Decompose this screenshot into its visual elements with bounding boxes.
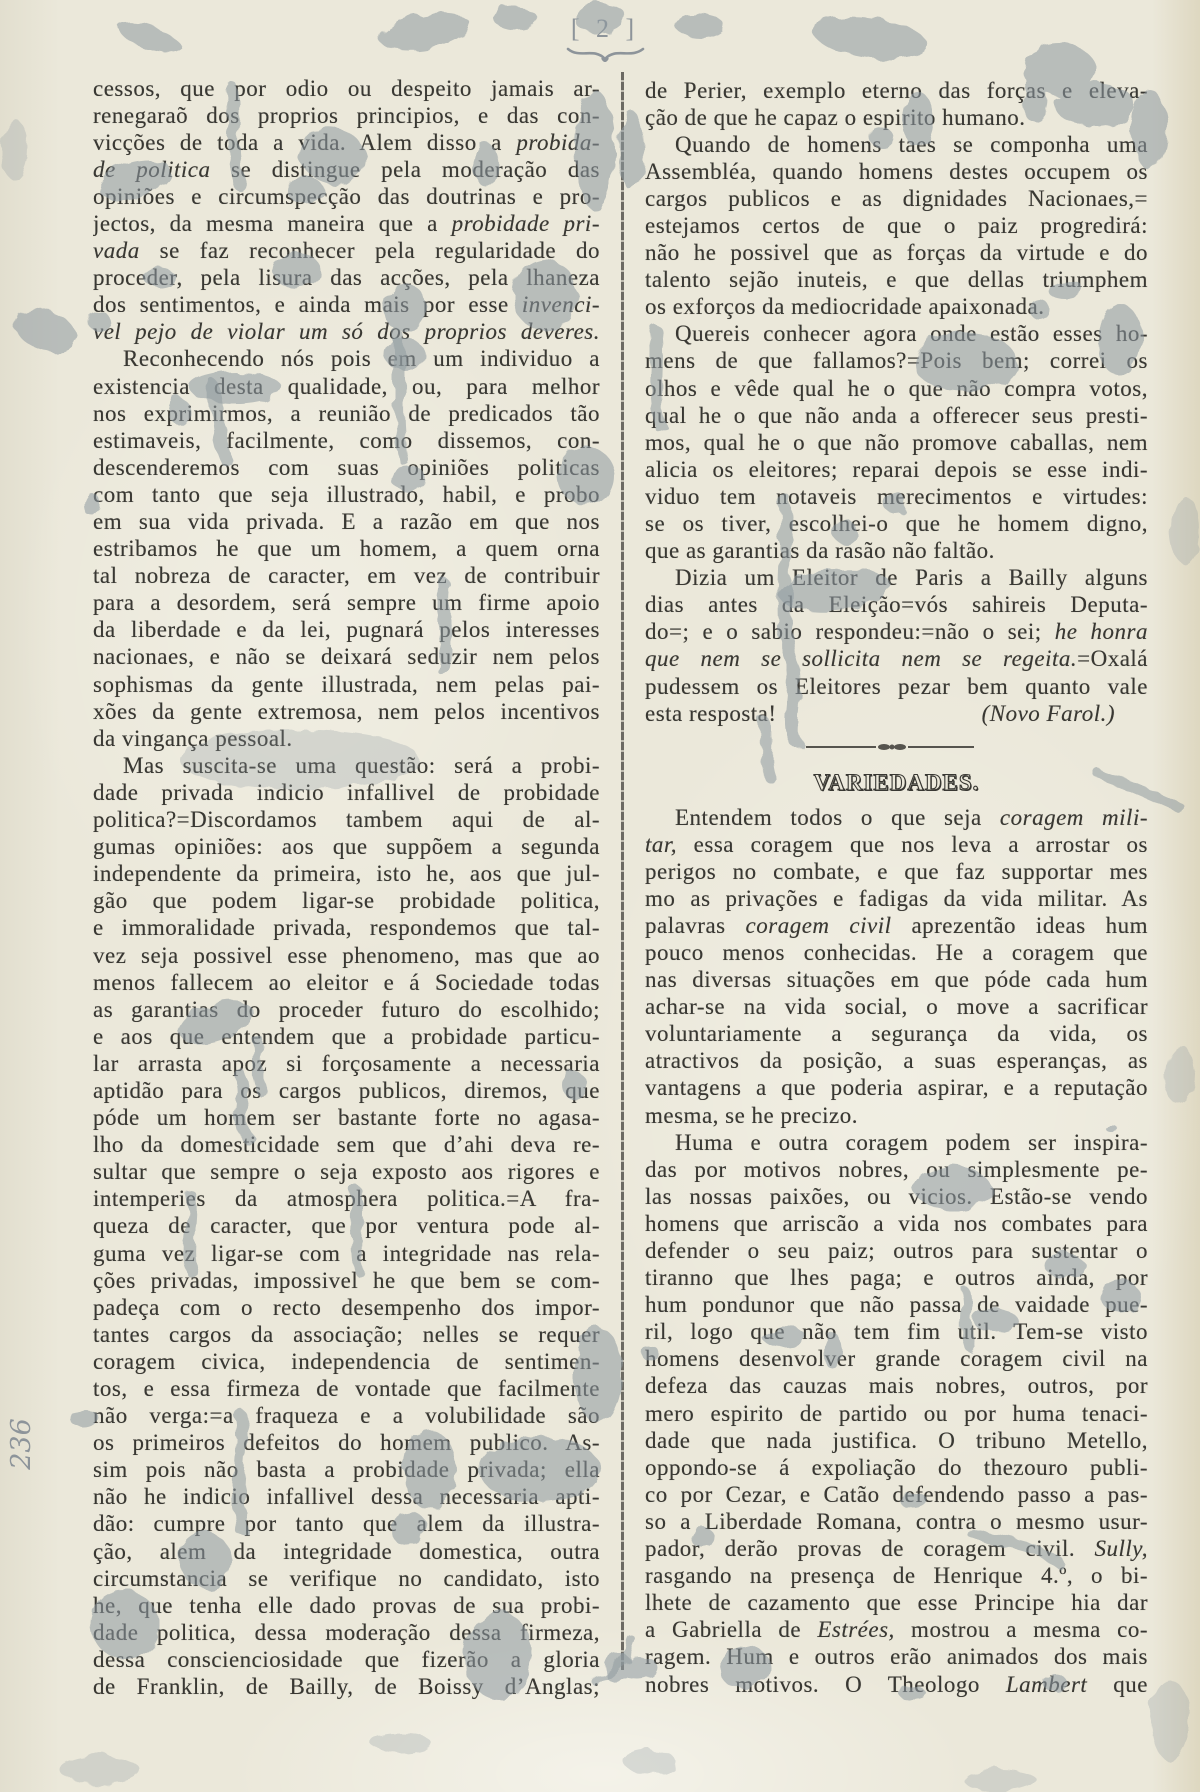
text-line: Quereis conhecer agora onde estão esses … [645, 320, 1148, 347]
text-line: queza de caracter, que por ventura pode … [93, 1212, 600, 1239]
text-run: Quereis conhecer agora onde estão esses … [675, 321, 1148, 346]
text-run: palavras [645, 913, 746, 938]
text-run: lhete de cazamento que esse Principe hia… [645, 1590, 1148, 1615]
text-run: ragem. Hum e outros erão animados dos ma… [645, 1644, 1148, 1669]
section-heading: VARIEDADES. [645, 770, 1148, 796]
text-line: os exforços da mediocridade apaixonada. [645, 293, 1148, 320]
text-run: defender o seu paiz; outros para sustent… [645, 1238, 1148, 1263]
text-run: mesma, se he precizo. [645, 1103, 858, 1128]
text-line: mens de que fallamos?=Pois bem; correi o… [645, 347, 1148, 374]
text-line: que nem se sollicita nem se regeita.=Oxa… [645, 645, 1148, 672]
text-run: esta resposta! [645, 700, 777, 727]
text-run: cessos, que por odio ou despeito jamais … [93, 76, 600, 101]
text-line: jectos, da mesma maneira que a probidade… [93, 210, 600, 237]
text-line: aptidão para os cargos publicos, diremos… [93, 1077, 600, 1104]
text-run: rasgando na presença de Henrique 4.º, o … [645, 1563, 1148, 1588]
text-run: qual he o que não anda a offerecer seus … [645, 403, 1148, 428]
text-line: padeça com o recto desempenho dos impor- [93, 1294, 600, 1321]
text-line: dos sentimentos, e ainda mais por esse i… [93, 291, 600, 318]
text-line: de politica se distingue pela moderação … [93, 156, 600, 183]
text-line: para a desordem, será sempre um firme ap… [93, 589, 600, 616]
text-run: sim pois não basta a probidade privada; … [93, 1457, 600, 1482]
text-run: mens de que fallamos?=Pois bem; correi o… [645, 348, 1148, 373]
italic-text: (Novo Farol.) [982, 700, 1115, 727]
text-run: menos fallecem ao eleitor e á Sociedade … [93, 970, 600, 995]
text-line: sim pois não basta a probidade privada; … [93, 1456, 600, 1483]
text-run: pouco menos conhecidas. He a coragem que [645, 940, 1148, 965]
text-run: proceder, pela lisura das acções, pela l… [93, 265, 600, 290]
text-run: Assembléa, quando homens destes occupem … [645, 159, 1148, 184]
text-run: estejamos certos de que o paiz progredir… [645, 213, 1148, 238]
text-line: achar-se na vida social, o move a sacrif… [645, 993, 1148, 1020]
text-line: vada se faz reconhecer pela regularidade… [93, 237, 600, 264]
text-line: voluntariamente a segurança da vida, os [645, 1020, 1148, 1047]
text-line: dão: cumpre por tanto que alem da illust… [93, 1510, 600, 1537]
italic-text: invenci- [522, 292, 600, 317]
text-line: olhos e vêde qual he o que não compra vo… [645, 375, 1148, 402]
text-run: opiniões e circumspecção das doutrinas e… [93, 184, 600, 209]
text-run: sultar que sempre o seja exposto aos rig… [93, 1159, 600, 1184]
text-line: mos, qual he o que não promove caballas,… [645, 429, 1148, 456]
text-line: menos fallecem ao eleitor e á Sociedade … [93, 969, 600, 996]
text-run: e immoralidade privada, respondemos que … [93, 915, 600, 940]
text-line: so a Liberdade Romana, contra o mesmo us… [645, 1508, 1148, 1535]
text-line: homens desenvolver grande coragem civil … [645, 1345, 1148, 1372]
text-run: defeza das cauzas mais nobres, outros, p… [645, 1373, 1148, 1398]
text-run: vantagens a que poderia aspirar, e a rep… [645, 1075, 1148, 1100]
text-line: politica?=Discordamos tambem aqui de al- [93, 806, 600, 833]
text-run: estribamos he que um homem, a quem orna [93, 536, 600, 561]
text-line: existencia desta qualidade, ou, para mel… [93, 373, 600, 400]
text-line: xões da gente extremosa, nem pelos incen… [93, 698, 600, 725]
text-line: rasgando na presença de Henrique 4.º, o … [645, 1562, 1148, 1589]
text-line: dade politica, dessa moderação dessa fir… [93, 1619, 600, 1646]
text-line: cargos publicos e as dignidades Nacionae… [645, 185, 1148, 212]
italic-text: coragem civil [746, 913, 892, 938]
margin-annotation: 236 [6, 1416, 38, 1472]
text-line: dias antes da Eleição=vós sahireis Deput… [645, 591, 1148, 618]
text-line: de Perier, exemplo eterno das forças e e… [645, 77, 1148, 104]
text-run: viduo tem notaveis merecimentos e virtud… [645, 484, 1148, 509]
section-divider-ornament-icon [806, 740, 974, 754]
text-line: co por Cezar, e Catão defendendo passo a… [645, 1481, 1148, 1508]
text-run: e aos que entendem que a probidade parti… [93, 1024, 600, 1049]
text-run: os exforços da mediocridade apaixonada. [645, 294, 1044, 319]
text-line: as garantias do proceder futuro do escol… [93, 996, 600, 1023]
text-line: tal nobreza de caracter, em vez de contr… [93, 562, 600, 589]
text-line: não he possivel que as forças da virtude… [645, 239, 1148, 266]
text-run: dos sentimentos, e ainda mais por esse [93, 292, 522, 317]
text-run: os primeiros defeitos do homem publico. … [93, 1430, 600, 1455]
text-run: as garantias do proceder futuro do escol… [93, 997, 600, 1022]
text-line: coragem civica, independencia de sentime… [93, 1348, 600, 1375]
text-line: não he indicio infallivel dessa necessar… [93, 1483, 600, 1510]
text-line: Huma e outra coragem podem ser inspira- [645, 1129, 1148, 1156]
text-run: mos, qual he o que não promove caballas,… [645, 430, 1148, 455]
text-run: não he indicio infallivel dessa necessar… [93, 1484, 600, 1509]
text-run: de Perier, exemplo eterno das forças e e… [645, 78, 1148, 103]
italic-text: de politica [93, 157, 211, 182]
text-run: não he possivel que as forças da virtude… [645, 240, 1148, 265]
text-line: vez seja possivel esse phenomeno, mas qu… [93, 942, 600, 969]
text-line: ril, logo que não tem fim util. Tem-se v… [645, 1318, 1148, 1345]
text-line: palavras coragem civil aprezentão ideas … [645, 912, 1148, 939]
italic-text: vada [93, 238, 140, 263]
text-run: achar-se na vida social, o move a sacrif… [645, 994, 1148, 1019]
text-run: a Gabriella de [645, 1617, 817, 1642]
decorative-brace-icon [566, 44, 646, 66]
text-run: sophismas da gente illustrada, nem pelas… [93, 672, 600, 697]
text-run: queza de caracter, que por ventura pode … [93, 1213, 600, 1238]
text-line: das por motivos nobres, ou simplesmente … [645, 1156, 1148, 1183]
text-line: Quando de homens taes se componha uma [645, 131, 1148, 158]
text-run: dade privada indicio infallivel de probi… [93, 780, 600, 805]
text-line: esta resposta!(Novo Farol.) [645, 700, 1148, 727]
text-line: tiranno que lhes paga; e outros ainda, p… [645, 1264, 1148, 1291]
text-run: Quando de homens taes se componha uma [675, 132, 1148, 157]
page-number: [ 2 ] [570, 14, 640, 44]
text-run: Huma e outra coragem podem ser inspira- [675, 1130, 1148, 1155]
text-run: so a Liberdade Romana, contra o mesmo us… [645, 1509, 1148, 1534]
italic-text: he honra [1055, 619, 1148, 644]
text-run: talento sejão inuteis, e que dellas triu… [645, 267, 1148, 292]
text-line: Assembléa, quando homens destes occupem … [645, 158, 1148, 185]
text-run: coragem civica, independencia de sentime… [93, 1349, 600, 1374]
text-run: Entendem todos o que seja [675, 805, 1000, 830]
italic-text: que nem se sollicita nem se regeita. [645, 646, 1077, 671]
text-run: dade politica, dessa moderação dessa fir… [93, 1620, 600, 1645]
text-line: pouco menos conhecidas. He a coragem que [645, 939, 1148, 966]
text-run: Dizia um Eleitor de Paris a Bailly algun… [675, 565, 1148, 590]
text-run: alicia os eleitores; reparai depois se e… [645, 457, 1148, 482]
text-run: mo as privações e fadigas da vida milita… [645, 886, 1148, 911]
text-run: ção, alem da integridade domestica, outr… [93, 1539, 600, 1564]
left-column: cessos, que por odio ou despeito jamais … [93, 75, 600, 1701]
text-line: vantagens a que poderia aspirar, e a rep… [645, 1074, 1148, 1101]
text-line: ção de que he capaz o espirito humano. [645, 104, 1148, 131]
text-line: dade que nada justifica. O tribuno Metel… [645, 1427, 1148, 1454]
text-line: gumas opiniões: aos que suppõem a segund… [93, 833, 600, 860]
text-line: gão que podem ligar-se probidade politic… [93, 887, 600, 914]
text-line: e immoralidade privada, respondemos que … [93, 914, 600, 941]
italic-text: Sully, [1095, 1536, 1148, 1561]
text-line: nos exprimirmos, a reunião de predicados… [93, 400, 600, 427]
text-run: politica?=Discordamos tambem aqui de al- [93, 807, 600, 832]
text-run: ril, logo que não tem fim util. Tem-se v… [645, 1319, 1148, 1344]
text-run: circumstancia se verifique no candidato,… [93, 1566, 600, 1591]
text-run: homens desenvolver grande coragem civil … [645, 1346, 1148, 1371]
text-line: da vingança pessoal. [93, 725, 600, 752]
text-run: lho da domesticidade sem que d’ahi deva … [93, 1132, 600, 1157]
text-line: renegaraõ dos proprios principios, e das… [93, 102, 600, 129]
text-line: Reconhecendo nós pois em um individuo a [93, 345, 600, 372]
text-run: independente da primeira, isto he, aos q… [93, 861, 600, 886]
text-line: estribamos he que um homem, a quem orna [93, 535, 600, 562]
text-line: ção, alem da integridade domestica, outr… [93, 1538, 600, 1565]
text-line: lhete de cazamento que esse Principe hia… [645, 1589, 1148, 1616]
text-line: que as garantias da rasão não faltão. [645, 537, 1148, 564]
text-line: he, que tenha elle dado provas de sua pr… [93, 1592, 600, 1619]
text-run: se faz reconhecer pela regularidade do [140, 238, 600, 263]
text-line: nobres motivos. O Theologo Lambert que [645, 1671, 1148, 1698]
text-run: essa coragem que nos leva a arrostar os [677, 832, 1148, 857]
text-run: =Oxalá [1077, 646, 1148, 671]
text-run: dessa conscienciosidade que fizerão a gl… [93, 1647, 600, 1672]
text-line: dessa conscienciosidade que fizerão a gl… [93, 1646, 600, 1673]
text-run: padeça com o recto desempenho dos impor- [93, 1295, 600, 1320]
text-line: lar arrasta apoz si forçosamente a neces… [93, 1050, 600, 1077]
text-line: las nossas paixões, ou vicios. Estão-se … [645, 1183, 1148, 1210]
text-line: se os tiver, escolhei-o que he homem dig… [645, 510, 1148, 537]
text-line: pudessem os Eleitores pezar bem quanto v… [645, 673, 1148, 700]
text-run: intemperies da atmosphera politica.=A fr… [93, 1186, 600, 1211]
text-line: guma vez ligar-se com a integridade nas … [93, 1240, 600, 1267]
text-line: mo as privações e fadigas da vida milita… [645, 885, 1148, 912]
text-run: ções privadas, impossivel he que bem se … [93, 1268, 600, 1293]
text-run: com tanto que seja illustrado, habil, e … [93, 482, 600, 507]
text-line: pador, derão provas de coragem civil. Su… [645, 1535, 1148, 1562]
text-line: os primeiros defeitos do homem publico. … [93, 1429, 600, 1456]
text-run: gumas opiniões: aos que suppõem a segund… [93, 834, 600, 859]
text-line: de Franklin, de Bailly, de Boissy d’Angl… [93, 1673, 600, 1700]
text-line: opiniões e circumspecção das doutrinas e… [93, 183, 600, 210]
text-run: he, que tenha elle dado provas de sua pr… [93, 1593, 600, 1618]
text-run: Mas suscita-se uma questão: será a probi… [123, 753, 600, 778]
text-line: sophismas da gente illustrada, nem pelas… [93, 671, 600, 698]
text-run: renegaraõ dos proprios principios, e das… [93, 103, 600, 128]
text-run: oppondo-se á expoliação do thezouro publ… [645, 1455, 1148, 1480]
text-line: nas diversas situações em que póde cada … [645, 966, 1148, 993]
text-run: las nossas paixões, ou vicios. Estão-se … [645, 1184, 1148, 1209]
text-line: dade privada indicio infallivel de probi… [93, 779, 600, 806]
text-run: pador, derão provas de coragem civil. [645, 1536, 1095, 1561]
text-line: ragem. Hum e outros erão animados dos ma… [645, 1643, 1148, 1670]
text-line: vel pejo de violar um só dos proprios de… [93, 318, 600, 345]
text-line: defender o seu paiz; outros para sustent… [645, 1237, 1148, 1264]
right-column-variedades: Entendem todos o que seja coragem mili-t… [645, 804, 1148, 1698]
italic-text: tar, [645, 832, 677, 857]
text-run: das por motivos nobres, ou simplesmente … [645, 1157, 1148, 1182]
text-run: jectos, da mesma maneira que a [93, 211, 452, 236]
text-line: Entendem todos o que seja coragem mili- [645, 804, 1148, 831]
text-line: hum pondunor que não passa de vaidade pu… [645, 1291, 1148, 1318]
text-line: póde um homem ser bastante forte no agas… [93, 1104, 600, 1131]
text-run: vicções de toda a vida. Alem disso a [93, 130, 516, 155]
text-run: se distingue pela moderação das [211, 157, 600, 182]
text-line: sultar que sempre o seja exposto aos rig… [93, 1158, 600, 1185]
right-column-article-end: de Perier, exemplo eterno das forças e e… [645, 77, 1148, 727]
column-divider [621, 72, 624, 1670]
text-run: homens que arriscão a vida nos combates … [645, 1211, 1148, 1236]
text-line: defeza das cauzas mais nobres, outros, p… [645, 1372, 1148, 1399]
text-run: co por Cezar, e Catão defendendo passo a… [645, 1482, 1148, 1507]
text-line: intemperies da atmosphera politica.=A fr… [93, 1185, 600, 1212]
text-run: olhos e vêde qual he o que não compra vo… [645, 376, 1148, 401]
text-line: qual he o que não anda a offerecer seus … [645, 402, 1148, 429]
text-line: mesma, se he precizo. [645, 1102, 1148, 1129]
text-run: em sua vida privada. E a razão em que no… [93, 509, 600, 534]
text-line: da liberdade e da lei, pugnará pelos int… [93, 616, 600, 643]
text-run: aprezentão ideas hum [892, 913, 1148, 938]
text-line: Mas suscita-se uma questão: será a probi… [93, 752, 600, 779]
text-run: nas diversas situações em que póde cada … [645, 967, 1148, 992]
text-run: do=; e o sabio respondeu:=não o sei; [645, 619, 1055, 644]
italic-text: vel pejo de violar um só dos proprios de… [93, 319, 600, 344]
text-run: xões da gente extremosa, nem pelos incen… [93, 699, 600, 724]
text-run: atractivos da posição, a suas esperanças… [645, 1048, 1148, 1073]
text-line: com tanto que seja illustrado, habil, e … [93, 481, 600, 508]
text-line: oppondo-se á expoliação do thezouro publ… [645, 1454, 1148, 1481]
text-line: talento sejão inuteis, e que dellas triu… [645, 266, 1148, 293]
text-run: nos exprimirmos, a reunião de predicados… [93, 401, 600, 426]
text-run: tos, e essa firmeza de vontade que facil… [93, 1376, 600, 1401]
text-run: cargos publicos e as dignidades Nacionae… [645, 186, 1148, 211]
text-run: guma vez ligar-se com a integridade nas … [93, 1241, 600, 1266]
text-run: tiranno que lhes paga; e outros ainda, p… [645, 1265, 1148, 1290]
text-run: descenderemos com suas opiniões politica… [93, 455, 600, 480]
text-run: pudessem os Eleitores pezar bem quanto v… [645, 674, 1148, 699]
text-run: gão que podem ligar-se probidade politic… [93, 888, 600, 913]
text-run: que [1087, 1672, 1148, 1697]
text-run: lar arrasta apoz si forçosamente a neces… [93, 1051, 600, 1076]
text-line: descenderemos com suas opiniões politica… [93, 454, 600, 481]
text-run: dade que nada justifica. O tribuno Metel… [645, 1428, 1148, 1453]
text-run: que as garantias da rasão não faltão. [645, 538, 995, 563]
text-run: tantes cargos da associação; nelles se r… [93, 1322, 600, 1347]
text-run: da liberdade e da lei, pugnará pelos int… [93, 617, 600, 642]
text-line: proceder, pela lisura das acções, pela l… [93, 264, 600, 291]
italic-text: probidade pri- [452, 211, 600, 236]
text-run: se os tiver, escolhei-o que he homem dig… [645, 511, 1148, 536]
text-line: mero espirito de partido ou por huma ten… [645, 1400, 1148, 1427]
text-line: cessos, que por odio ou despeito jamais … [93, 75, 600, 102]
text-line: estejamos certos de que o paiz progredir… [645, 212, 1148, 239]
text-run: mostrou a mesma co- [895, 1617, 1148, 1642]
text-run: dias antes da Eleição=vós sahireis Deput… [645, 592, 1148, 617]
text-run: póde um homem ser bastante forte no agas… [93, 1105, 600, 1130]
text-line: em sua vida privada. E a razão em que no… [93, 508, 600, 535]
text-line: tantes cargos da associação; nelles se r… [93, 1321, 600, 1348]
text-run: ção de que he capaz o espirito humano. [645, 105, 1025, 130]
text-line: estimaveis, facilmente, como dissemos, c… [93, 427, 600, 454]
text-run: não verga:=a fraqueza e a volubilidade s… [93, 1403, 600, 1428]
text-line: tos, e essa firmeza de vontade que facil… [93, 1375, 600, 1402]
text-run: perigos no combate, e que faz supportar … [645, 859, 1148, 884]
text-line: viduo tem notaveis merecimentos e virtud… [645, 483, 1148, 510]
text-run: da vingança pessoal. [93, 726, 293, 751]
italic-text: coragem mili- [1000, 805, 1148, 830]
text-run: tal nobreza de caracter, em vez de contr… [93, 563, 600, 588]
text-line: tar, essa coragem que nos leva a arrosta… [645, 831, 1148, 858]
text-line: Dizia um Eleitor de Paris a Bailly algun… [645, 564, 1148, 591]
italic-text: Lambert [1006, 1672, 1087, 1697]
text-line: homens que arriscão a vida nos combates … [645, 1210, 1148, 1237]
italic-text: Estrées, [817, 1617, 894, 1642]
text-line: independente da primeira, isto he, aos q… [93, 860, 600, 887]
text-line: ções privadas, impossivel he que bem se … [93, 1267, 600, 1294]
text-line: e aos que entendem que a probidade parti… [93, 1023, 600, 1050]
text-run: aptidão para os cargos publicos, diremos… [93, 1078, 600, 1103]
text-run: nobres motivos. O Theologo [645, 1672, 1006, 1697]
text-line: atractivos da posição, a suas esperanças… [645, 1047, 1148, 1074]
text-line: do=; e o sabio respondeu:=não o sei; he … [645, 618, 1148, 645]
text-line: lho da domesticidade sem que d’ahi deva … [93, 1131, 600, 1158]
text-line: perigos no combate, e que faz supportar … [645, 858, 1148, 885]
text-run: Reconhecendo nós pois em um individuo a [123, 346, 600, 371]
text-run: hum pondunor que não passa de vaidade pu… [645, 1292, 1148, 1317]
text-line: circumstancia se verifique no candidato,… [93, 1565, 600, 1592]
text-line: vicções de toda a vida. Alem disso a pro… [93, 129, 600, 156]
text-line: a Gabriella de Estrées, mostrou a mesma … [645, 1616, 1148, 1643]
text-run: mero espirito de partido ou por huma ten… [645, 1401, 1148, 1426]
italic-text: probida- [516, 130, 600, 155]
text-run: dão: cumpre por tanto que alem da illust… [93, 1511, 600, 1536]
text-run: estimaveis, facilmente, como dissemos, c… [93, 428, 600, 453]
text-line: nacionaes, e não se deixará seduzir nem … [93, 643, 600, 670]
text-line: não verga:=a fraqueza e a volubilidade s… [93, 1402, 600, 1429]
text-run: voluntariamente a segurança da vida, os [645, 1021, 1148, 1046]
text-run: nacionaes, e não se deixará seduzir nem … [93, 644, 600, 669]
text-run: de Franklin, de Bailly, de Boissy d’Angl… [93, 1674, 600, 1699]
text-run: existencia desta qualidade, ou, para mel… [93, 374, 600, 399]
text-run: vez seja possivel esse phenomeno, mas qu… [93, 943, 600, 968]
text-run: para a desordem, será sempre um firme ap… [93, 590, 600, 615]
text-line: alicia os eleitores; reparai depois se e… [645, 456, 1148, 483]
